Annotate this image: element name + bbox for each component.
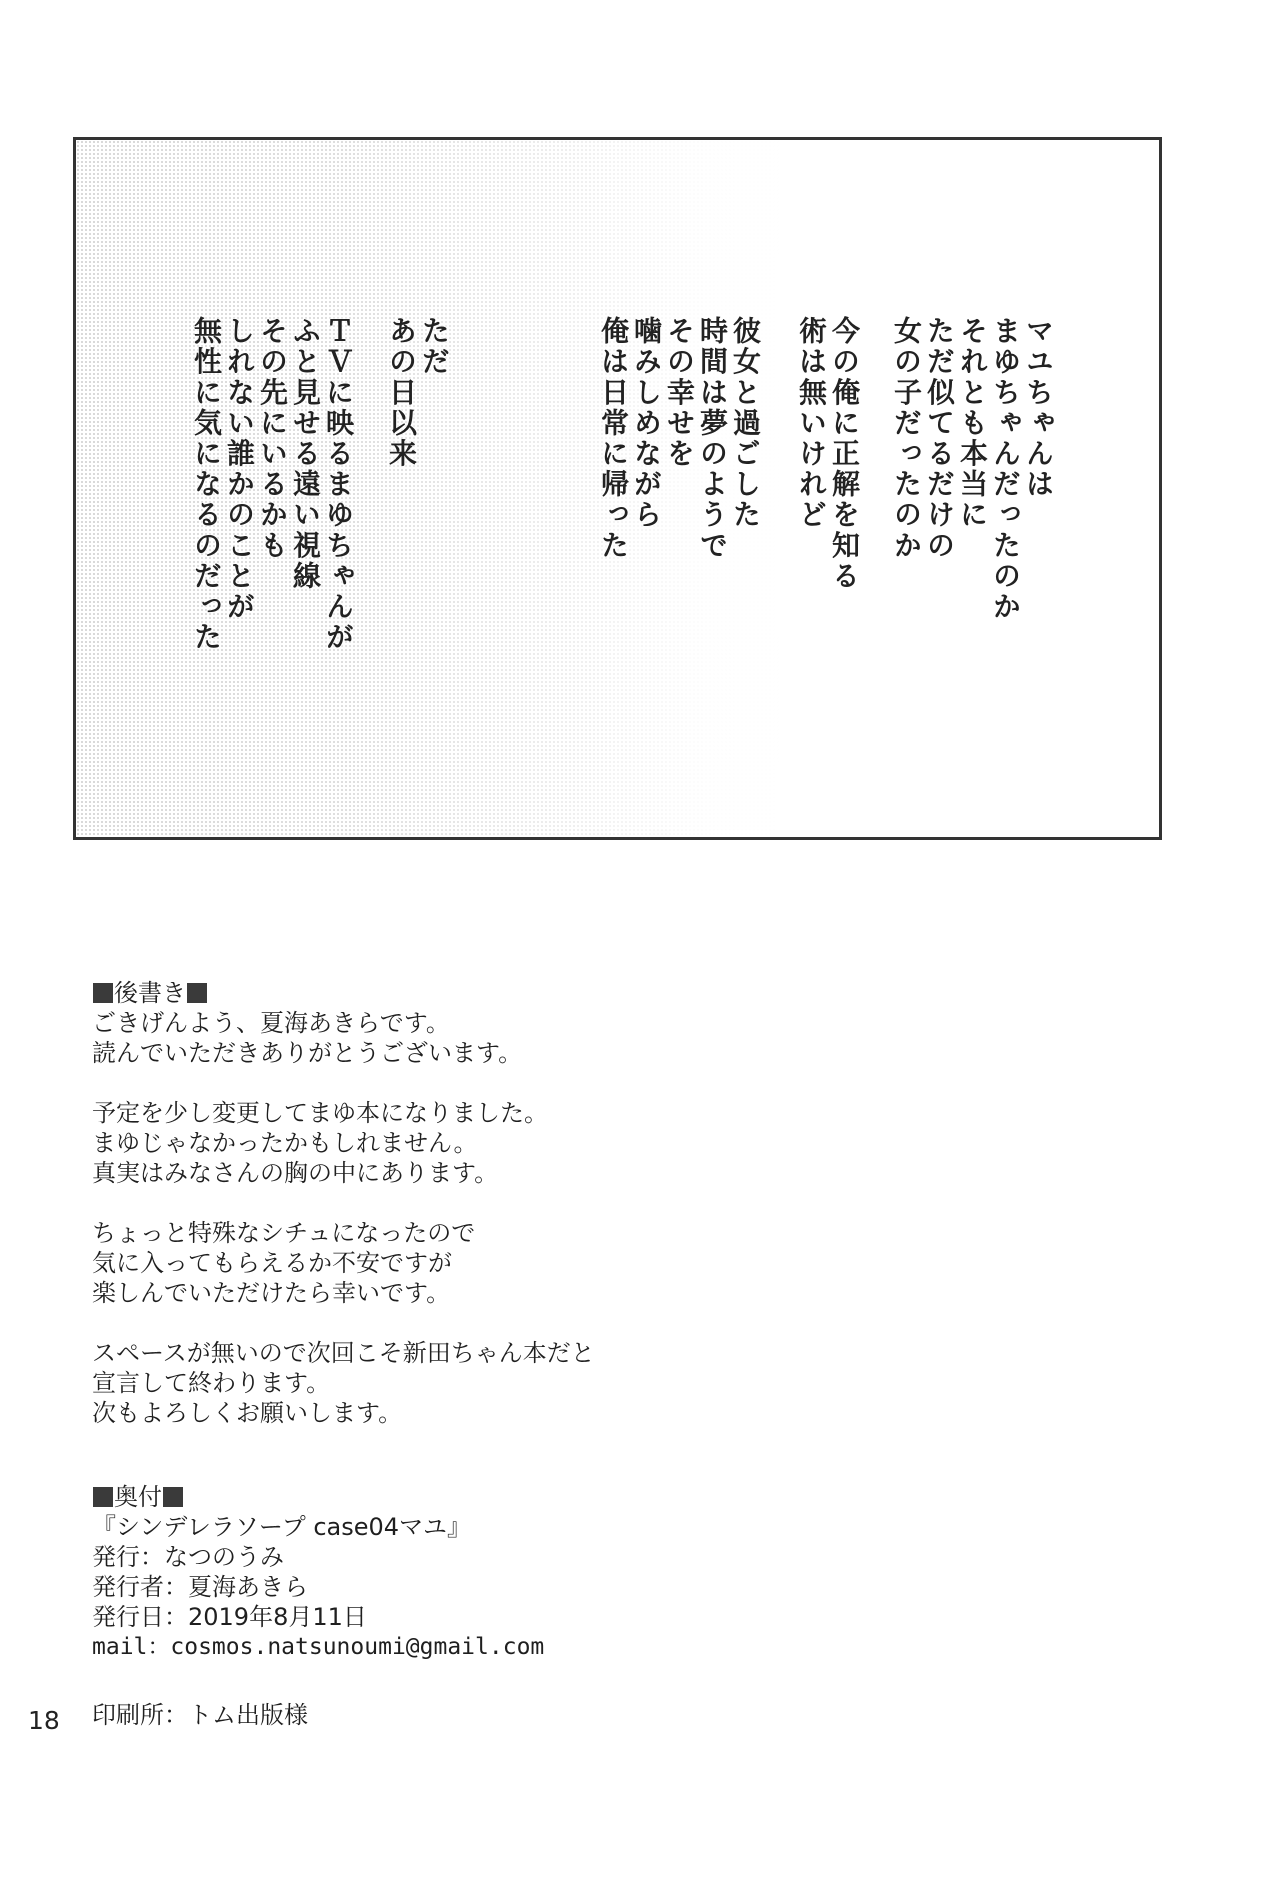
poem-stanza-4: ただ あの日以来 [388,316,454,469]
poem-panel: マユちゃんは まゆちゃんだったのか それとも本当に ただ似てるだけの 女の子だっ… [73,137,1162,840]
afterword-line: 読んでいただきありがとうございます。 [92,1038,595,1068]
colophon-section: 奥付 『シンデレラソープ case04マユ』 発行：なつのうみ 発行者：夏海あき… [92,1482,544,1662]
black-square-icon [93,1487,113,1507]
mail-value[interactable]: cosmos.natsunoumi@gmail.com [170,1634,544,1660]
afterword-line: 真実はみなさんの胸の中にあります。 [92,1158,595,1188]
afterword-heading: 後書き [92,978,595,1008]
mail-row: mail：cosmos.natsunoumi@gmail.com [92,1632,544,1662]
page-number: 18 [28,1706,60,1736]
author-value: 夏海あきら [188,1573,308,1601]
printer-value: トム出版様 [188,1701,308,1729]
printer-label: 印刷所 [92,1701,164,1729]
poem-line: 彼女と過ごした [732,316,765,561]
separator: ： [147,1634,170,1660]
publisher-value: なつのうみ [164,1543,284,1571]
date-value: 2019年8月11日 [188,1603,367,1631]
poem-line: ただ [421,316,454,469]
afterword-line: 次もよろしくお願いします。 [92,1398,595,1428]
afterword-paragraph-2: 予定を少し変更してまゆ本になりました。 まゆじゃなかったかもしれません。 真実は… [92,1098,595,1188]
black-square-icon [163,1487,183,1507]
printer-row: 印刷所：トム出版様 [92,1700,308,1730]
poem-line: ＴＶに映るまゆちゃんが [325,316,358,653]
afterword-line: 予定を少し変更してまゆ本になりました。 [92,1098,595,1128]
separator: ： [164,1603,188,1631]
afterword-heading-text: 後書き [114,979,186,1007]
poem-line: 今の俺に正解を知る [831,316,864,591]
poem-stanza-5: ＴＶに映るまゆちゃんが ふと見せる遠い視線 その先にいるかも しれない誰かのこと… [193,316,358,653]
afterword-line: 楽しんでいただけたら幸いです。 [92,1278,595,1308]
separator: ： [164,1701,188,1729]
author-label: 発行者 [92,1573,164,1601]
afterword-paragraph-3: ちょっと特殊なシチュになったので 気に入ってもらえるか不安ですが 楽しんでいただ… [92,1218,595,1308]
black-square-icon [187,983,207,1003]
publisher-label: 発行 [92,1543,140,1571]
poem-line: マユちゃんは [1025,316,1058,622]
afterword-line: スペースが無いので次回こそ新田ちゃん本だと [92,1338,595,1368]
afterword-line: 気に入ってもらえるか不安ですが [92,1248,595,1278]
colophon-heading: 奥付 [92,1482,544,1512]
colophon-heading-text: 奥付 [114,1483,162,1511]
book-title: 『シンデレラソープ case04マユ』 [92,1512,544,1542]
afterword-section: 後書き ごきげんよう、夏海あきらです。 読んでいただきありがとうございます。 予… [92,978,595,1458]
afterword-paragraph-4: スペースが無いので次回こそ新田ちゃん本だと 宣言して終わります。 次もよろしくお… [92,1338,595,1428]
afterword-line: まゆじゃなかったかもしれません。 [92,1128,595,1158]
poem-stanza-3: 彼女と過ごした 時間は夢のようで その幸せを 噛みしめながら 俺は日常に帰った [600,316,765,561]
afterword-line: 宣言して終わります。 [92,1368,595,1398]
date-label: 発行日 [92,1603,164,1631]
afterword-line: ちょっと特殊なシチュになったので [92,1218,595,1248]
poem-stanza-2: 今の俺に正解を知る 術は無いけれど [798,316,864,591]
mail-label: mail [92,1634,147,1660]
afterword-paragraph-1: ごきげんよう、夏海あきらです。 読んでいただきありがとうございます。 [92,1008,595,1068]
poem-stanza-1: マユちゃんは まゆちゃんだったのか それとも本当に ただ似てるだけの 女の子だっ… [893,316,1058,622]
author-row: 発行者：夏海あきら [92,1572,544,1602]
afterword-line: ごきげんよう、夏海あきらです。 [92,1008,595,1038]
publisher-row: 発行：なつのうみ [92,1542,544,1572]
date-row: 発行日：2019年8月11日 [92,1602,544,1632]
separator: ： [140,1543,164,1571]
separator: ： [164,1573,188,1601]
black-square-icon [93,983,113,1003]
